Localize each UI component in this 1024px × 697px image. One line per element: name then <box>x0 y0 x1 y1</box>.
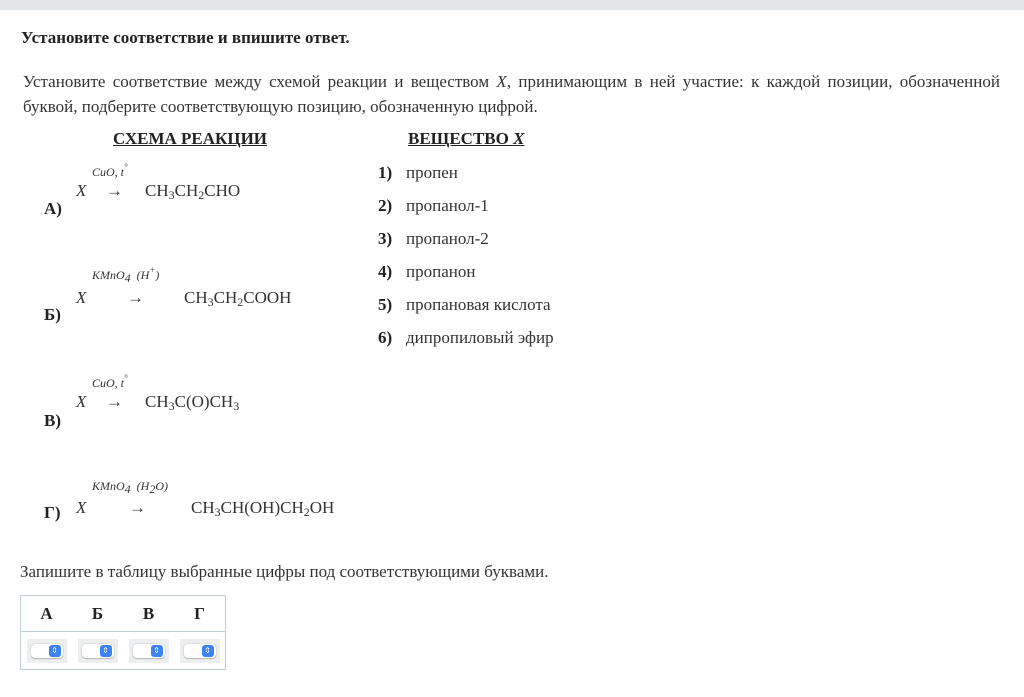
option-4: 4)пропанон <box>378 262 475 282</box>
reaction-arrow-icon: → <box>127 288 144 308</box>
option-number: 1) <box>378 163 406 183</box>
answer-table: А Б В Г ⇕ ⇕ ⇕ ⇕ <box>20 595 226 670</box>
reaction-letter: Г) <box>44 503 60 523</box>
select-box[interactable]: ⇕ <box>133 644 165 658</box>
option-text: пропен <box>406 163 458 182</box>
reaction-condition: KMnO4 (H+) <box>92 268 159 283</box>
select-box[interactable]: ⇕ <box>184 644 216 658</box>
answer-cell-g: ⇕ <box>174 632 226 670</box>
product: CH3CH2COOH <box>184 288 291 308</box>
column-heading-substance: ВЕЩЕСТВО X <box>408 129 524 149</box>
option-text: пропанол-1 <box>406 196 489 215</box>
reaction-condition: KMnO4 (H2O) <box>92 479 168 494</box>
reactant: X <box>76 392 86 412</box>
answer-select-g[interactable]: ⇕ <box>180 639 220 663</box>
option-1: 1)пропен <box>378 163 458 183</box>
top-bar <box>0 0 1024 10</box>
reaction-letter: Б) <box>44 305 61 325</box>
select-box[interactable]: ⇕ <box>82 644 114 658</box>
reactant: X <box>76 181 86 201</box>
updown-chevron-icon[interactable]: ⇕ <box>151 645 163 657</box>
task-title: Установите соответствие и впишите ответ. <box>21 28 350 48</box>
product: CH3CH2CHO <box>145 181 240 201</box>
reaction-condition: CuO, t° <box>92 165 128 180</box>
option-text: дипропиловый эфир <box>406 328 554 347</box>
intro-text: Установите соответствие между схемой реа… <box>23 72 496 91</box>
option-number: 2) <box>378 196 406 216</box>
reactant: X <box>76 288 86 308</box>
intro-var: X <box>496 72 506 91</box>
updown-chevron-icon[interactable]: ⇕ <box>202 645 214 657</box>
reaction-arrow-icon: → <box>129 498 146 518</box>
option-text: пропановая кислота <box>406 295 551 314</box>
product: CH3C(O)CH3 <box>145 392 239 412</box>
instruction-text: Запишите в таблицу выбранные цифры под с… <box>20 562 549 582</box>
answer-header-v: В <box>123 596 174 632</box>
answer-select-b[interactable]: ⇕ <box>78 639 118 663</box>
option-number: 3) <box>378 229 406 249</box>
answer-header-g: Г <box>174 596 226 632</box>
updown-chevron-icon[interactable]: ⇕ <box>100 645 112 657</box>
answer-cell-a: ⇕ <box>21 632 73 670</box>
answer-header-b: Б <box>72 596 123 632</box>
updown-chevron-icon[interactable]: ⇕ <box>49 645 61 657</box>
option-5: 5)пропановая кислота <box>378 295 551 315</box>
select-box[interactable]: ⇕ <box>31 644 63 658</box>
reaction-letter: В) <box>44 411 61 431</box>
reaction-letter: А) <box>44 199 62 219</box>
reaction-arrow-icon: → <box>106 392 123 412</box>
product: CH3CH(OH)CH2OH <box>191 498 334 518</box>
heading-text: ВЕЩЕСТВО <box>408 129 513 148</box>
answer-header-a: А <box>21 596 73 632</box>
reaction-arrow-icon: → <box>106 181 123 201</box>
answer-select-a[interactable]: ⇕ <box>27 639 67 663</box>
option-number: 5) <box>378 295 406 315</box>
option-2: 2)пропанол-1 <box>378 196 489 216</box>
option-text: пропанон <box>406 262 475 281</box>
heading-var: X <box>513 129 524 148</box>
answer-cell-b: ⇕ <box>72 632 123 670</box>
option-6: 6)дипропиловый эфир <box>378 328 554 348</box>
option-text: пропанол-2 <box>406 229 489 248</box>
option-number: 4) <box>378 262 406 282</box>
answer-cell-v: ⇕ <box>123 632 174 670</box>
option-number: 6) <box>378 328 406 348</box>
task-intro: Установите соответствие между схемой реа… <box>23 69 1000 119</box>
option-3: 3)пропанол-2 <box>378 229 489 249</box>
reactant: X <box>76 498 86 518</box>
reaction-condition: CuO, t° <box>92 376 128 391</box>
answer-select-v[interactable]: ⇕ <box>129 639 169 663</box>
column-heading-reactions: СХЕМА РЕАКЦИИ <box>113 129 267 149</box>
